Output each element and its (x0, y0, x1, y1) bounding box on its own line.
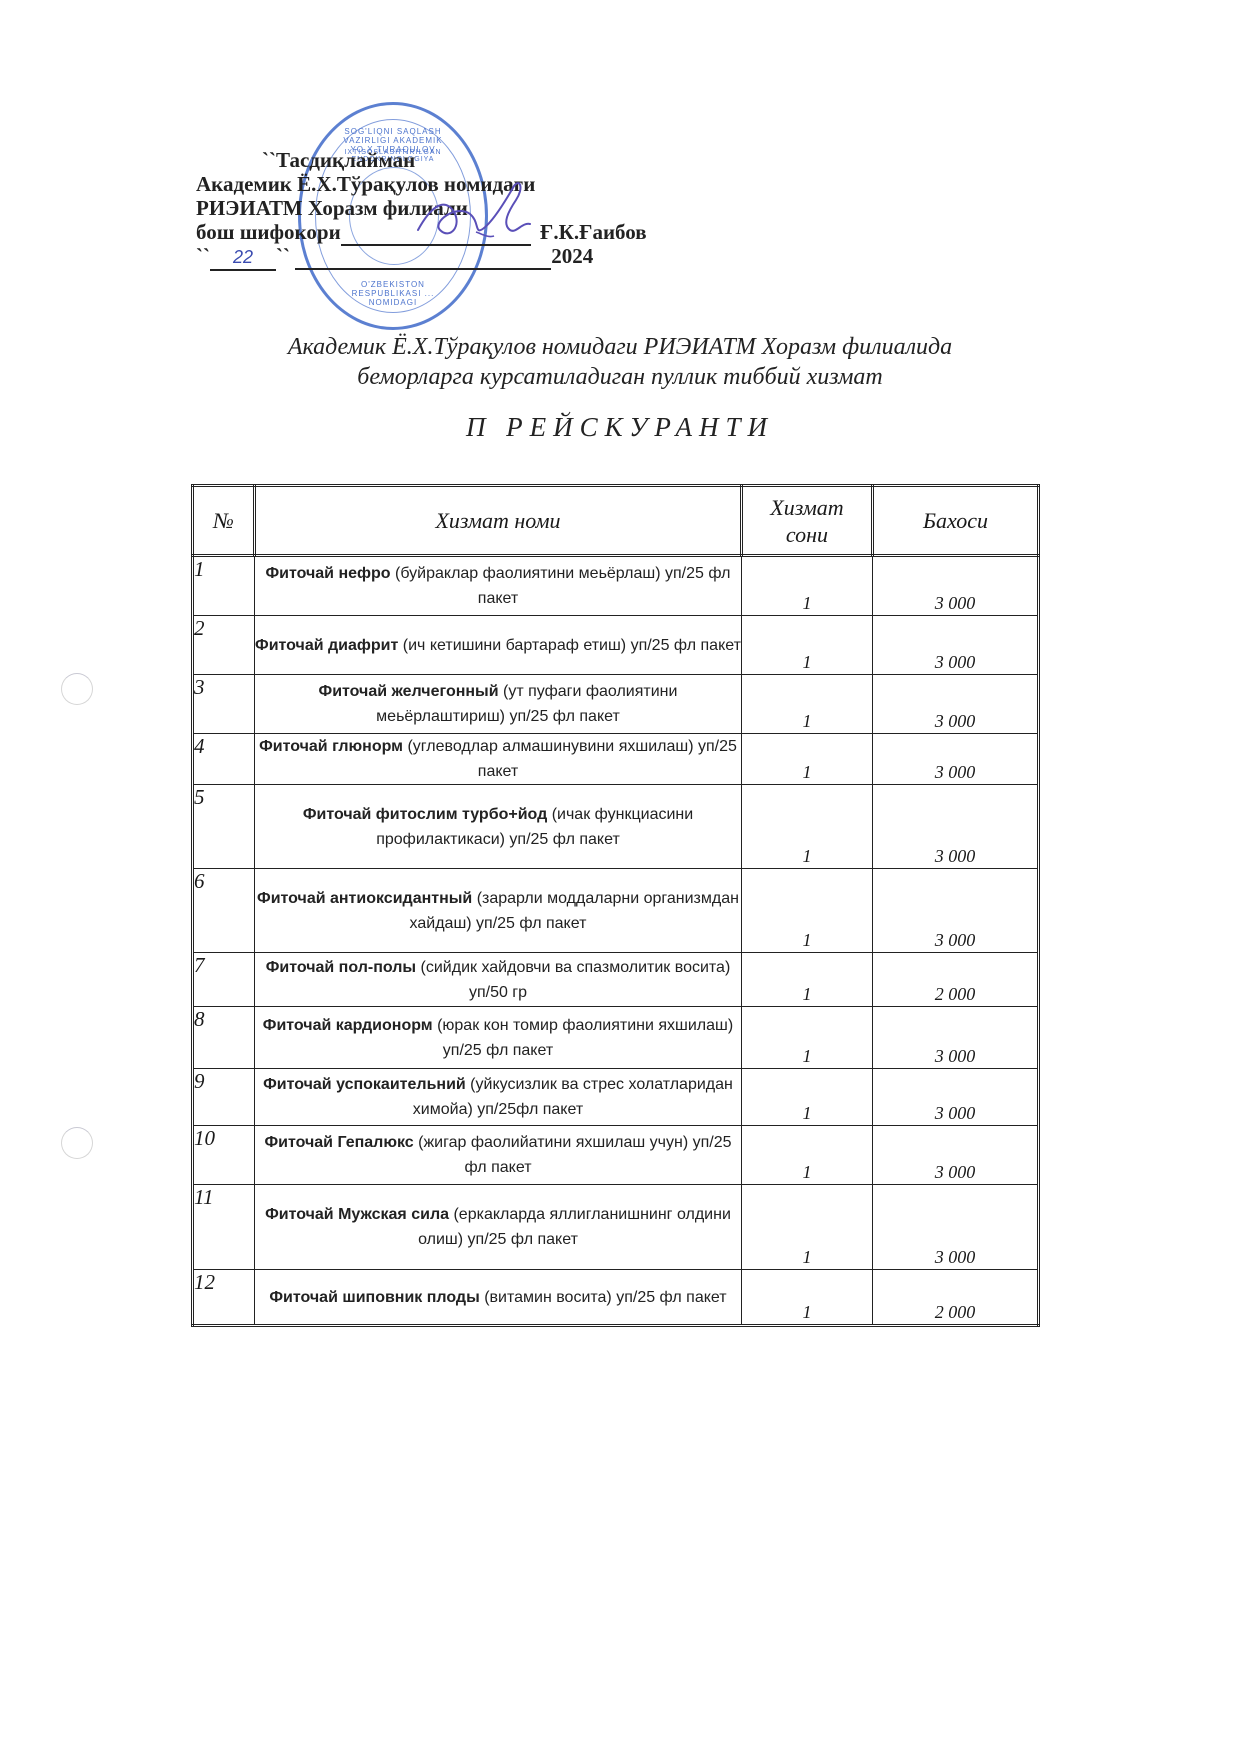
table-row: 6Фиточай антиоксидантный (зарарли моддал… (193, 869, 1039, 953)
service-name-bold: Фиточай диафрит (255, 637, 398, 654)
header-quantity-line-1: Хизмат (770, 495, 843, 520)
table-row: 7Фиточай пол-полы (сийдик хайдовчи ва сп… (193, 953, 1039, 1007)
service-name: Фиточай Мужская сила (еркакларда яллигла… (255, 1185, 742, 1270)
price-table: № Хизмат номи Хизматсони Бахоси 1Фиточай… (191, 484, 1040, 1327)
service-quantity: 1 (742, 869, 873, 953)
service-name-bold: Фиточай шиповник плоды (269, 1289, 479, 1306)
row-number: 3 (193, 675, 255, 734)
table-row: 12Фиточай шиповник плоды (витамин восита… (193, 1270, 1039, 1326)
service-quantity: 1 (742, 1185, 873, 1270)
service-name-bold: Фиточай Гепалюкс (265, 1134, 414, 1151)
approval-block: ``Тасдиқлайман Академик Ё.Х.Тўрақулов но… (196, 148, 656, 268)
service-name: Фиточай антиоксидантный (зарарли моддала… (255, 869, 742, 953)
service-name: Фиточай фитослим турбо+йод (ичак функциа… (255, 785, 742, 869)
table-row: 3Фиточай желчегонный (ут пуфаги фаолияти… (193, 675, 1039, 734)
service-name: Фиточай кардионорм (юрак кон томир фаоли… (255, 1007, 742, 1069)
row-number: 8 (193, 1007, 255, 1069)
service-name-bold: Фиточай антиоксидантный (257, 890, 472, 907)
row-number: 7 (193, 953, 255, 1007)
table-row: 10Фиточай Гепалюкс (жигар фаолийатини ях… (193, 1126, 1039, 1185)
price-list-heading: П РЕЙСКУРАНТИ (150, 412, 1090, 443)
service-price: 3 000 (873, 1007, 1039, 1069)
service-name: Фиточай диафрит (ич кетишини бартараф ет… (255, 616, 742, 675)
row-number: 9 (193, 1069, 255, 1126)
service-name-detail: (жигар фаолийатини яхшилаш учун) уп/25 ф… (414, 1134, 732, 1176)
approval-signer-line: бош шифокори Ғ.К.Ғаибов (196, 220, 656, 244)
service-name-bold: Фиточай Мужская сила (265, 1206, 449, 1223)
approval-line-1: Академик Ё.Х.Тўрақулов номидаги (196, 172, 656, 196)
service-price: 3 000 (873, 616, 1039, 675)
service-name-bold: Фиточай кардионорм (263, 1017, 433, 1034)
row-number: 6 (193, 869, 255, 953)
service-price: 2 000 (873, 1270, 1039, 1326)
table-row: 9Фиточай успокаительний (уйкусизлик ва с… (193, 1069, 1039, 1126)
row-number: 10 (193, 1126, 255, 1185)
title-line-2: беморларга курсатиладиган пуллик тиббий … (150, 362, 1090, 392)
service-name-detail: (углеводлар алмашинувини яхшилаш) уп/25 … (403, 738, 737, 780)
service-name-bold: Фиточай фитослим турбо+йод (303, 806, 547, 823)
service-quantity: 1 (742, 1126, 873, 1185)
service-name-bold: Фиточай успокаительний (263, 1076, 466, 1093)
service-name-detail: (витамин восита) уп/25 фл пакет (480, 1289, 727, 1306)
service-name: Фиточай нефро (буйраклар фаолиятини меьё… (255, 556, 742, 616)
service-quantity: 1 (742, 556, 873, 616)
service-name-detail: (ич кетишини бартараф етиш) уп/25 фл пак… (398, 637, 741, 654)
table-row: 2Фиточай диафрит (ич кетишини бартараф е… (193, 616, 1039, 675)
title-line-1: Академик Ё.Х.Тўрақулов номидаги РИЭИАТМ … (150, 332, 1090, 362)
row-number: 12 (193, 1270, 255, 1326)
table-row: 5Фиточай фитослим турбо+йод (ичак функци… (193, 785, 1039, 869)
signer-name: Ғ.К.Ғаибов (540, 220, 647, 244)
service-quantity: 1 (742, 1007, 873, 1069)
service-name: Фиточай желчегонный (ут пуфаги фаолиятин… (255, 675, 742, 734)
service-name-bold: Фиточай пол-полы (266, 959, 416, 976)
service-name-detail: (еркакларда яллигланишнинг олдини олиш) … (418, 1206, 731, 1248)
table-row: 1Фиточай нефро (буйраклар фаолиятини меь… (193, 556, 1039, 616)
service-name-bold: Фиточай желчегонный (319, 683, 499, 700)
row-number: 1 (193, 556, 255, 616)
service-price: 3 000 (873, 1185, 1039, 1270)
row-number: 5 (193, 785, 255, 869)
header-quantity: Хизматсони (742, 486, 873, 556)
approval-word: ``Тасдиқлайман (196, 148, 656, 172)
table-row: 4Фиточай глюнорм (углеводлар алмашинувин… (193, 734, 1039, 785)
document-title: Академик Ё.Х.Тўрақулов номидаги РИЭИАТМ … (150, 332, 1090, 392)
table-row: 8Фиточай кардионорм (юрак кон томир фаол… (193, 1007, 1039, 1069)
date-year: 2024 (551, 244, 593, 268)
service-quantity: 1 (742, 1270, 873, 1326)
approval-role: бош шифокори (196, 220, 341, 244)
row-number: 4 (193, 734, 255, 785)
row-number: 2 (193, 616, 255, 675)
header-num: № (193, 486, 255, 556)
service-price: 2 000 (873, 953, 1039, 1007)
service-price: 3 000 (873, 1126, 1039, 1185)
approval-line-2: РИЭИАТМ Хоразм филиали (196, 196, 656, 220)
service-name-detail: (сийдик хайдовчи ва спазмолитик восита) … (416, 959, 730, 1001)
service-price: 3 000 (873, 1069, 1039, 1126)
signature-line (341, 220, 531, 246)
punch-hole-bottom (61, 1127, 93, 1159)
date-day: 22 (210, 245, 276, 271)
approval-date-line: ``22`` 2024 (196, 244, 656, 268)
service-quantity: 1 (742, 616, 873, 675)
punch-hole-top (61, 673, 93, 705)
service-name: Фиточай успокаительний (уйкусизлик ва ст… (255, 1069, 742, 1126)
service-name: Фиточай глюнорм (углеводлар алмашинувини… (255, 734, 742, 785)
service-quantity: 1 (742, 675, 873, 734)
service-name-detail: (буйраклар фаолиятини меьёрлаш) уп/25 фл… (391, 565, 731, 607)
service-quantity: 1 (742, 734, 873, 785)
service-name-bold: Фиточай нефро (265, 565, 390, 582)
service-price: 3 000 (873, 869, 1039, 953)
service-name: Фиточай шиповник плоды (витамин восита) … (255, 1270, 742, 1326)
header-quantity-line-2: сони (786, 522, 828, 547)
header-service-name: Хизмат номи (255, 486, 742, 556)
date-month-blank (295, 244, 551, 270)
service-price: 3 000 (873, 785, 1039, 869)
table-header-row: № Хизмат номи Хизматсони Бахоси (193, 486, 1039, 556)
header-price: Бахоси (873, 486, 1039, 556)
stamp-text-bottom: O'ZBEKISTON RESPUBLIKASI ... NOMIDAGI (301, 280, 485, 307)
row-number: 11 (193, 1185, 255, 1270)
service-name: Фиточай Гепалюкс (жигар фаолийатини яхши… (255, 1126, 742, 1185)
date-close-quote: `` (276, 244, 290, 268)
service-price: 3 000 (873, 734, 1039, 785)
date-open-quote: `` (196, 244, 210, 268)
service-price: 3 000 (873, 675, 1039, 734)
service-quantity: 1 (742, 785, 873, 869)
service-quantity: 1 (742, 1069, 873, 1126)
service-price: 3 000 (873, 556, 1039, 616)
service-name-detail: (юрак кон томир фаолиятини яхшилаш) уп/2… (433, 1017, 734, 1059)
service-name-bold: Фиточай глюнорм (259, 738, 403, 755)
service-name: Фиточай пол-полы (сийдик хайдовчи ва спа… (255, 953, 742, 1007)
table-row: 11Фиточай Мужская сила (еркакларда яллиг… (193, 1185, 1039, 1270)
service-quantity: 1 (742, 953, 873, 1007)
